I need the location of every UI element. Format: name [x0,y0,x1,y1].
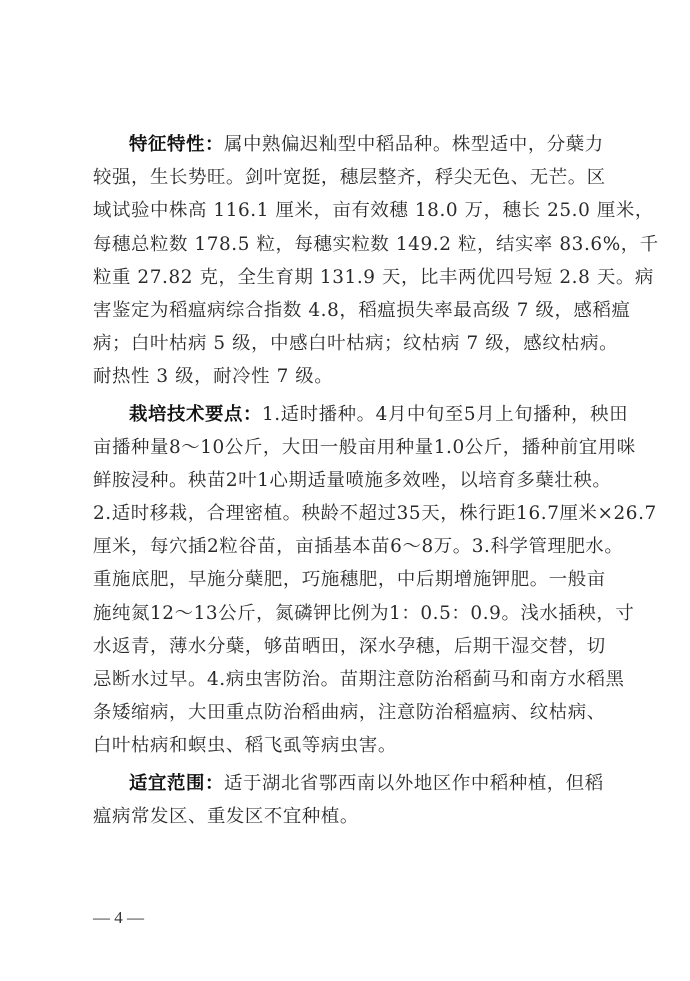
paragraph-line: 病；白叶枯病 5 级，中感白叶枯病；纹枯病 7 级，感纹枯病。 [93,327,601,360]
paragraph-line: 重施底肥，早施分蘖肥，巧施穗肥，中后期增施钾肥。一般亩 [93,563,601,596]
paragraph-line: 特征特性：属中熟偏迟籼型中稻品种。株型适中，分蘖力 [93,128,601,161]
paragraph-line: 条矮缩病，大田重点防治稻曲病，注意防治稻瘟病、纹枯病、 [93,696,601,729]
paragraph-line: 瘟病常发区、重发区不宜种植。 [93,800,601,833]
document-body: 特征特性：属中熟偏迟籼型中稻品种。株型适中，分蘖力 较强，生长势旺。剑叶宽挺，穗… [93,128,601,833]
paragraph-line: 厘米，每穴插2粒谷苗，亩插基本苗6～8万。3.科学管理肥水。 [93,530,601,563]
paragraph-line: 忌断水过早。4.病虫害防治。苗期注意防治稻蓟马和南方水稻黑 [93,663,601,696]
paragraph-line: 鲜胺浸种。秧苗2叶1心期适量喷施多效唑，以培育多蘖壮秧。 [93,464,601,497]
paragraph-line: 域试验中株高 116.1 厘米，亩有效穗 18.0 万，穗长 25.0 厘米， [93,194,601,227]
section-suitable-area: 适宜范围：适于湖北省鄂西南以外地区作中稻种植，但稻 瘟病常发区、重发区不宜种植。 [93,767,601,833]
paragraph-line: 粒重 27.82 克，全生育期 131.9 天，比丰两优四号短 2.8 天。病 [93,261,601,294]
section-heading: 栽培技术要点： [129,404,262,425]
section-heading: 适宜范围： [129,773,224,794]
paragraph-line: 每穗总粒数 178.5 粒，每穗实粒数 149.2 粒，结实率 83.6%，千 [93,228,601,261]
paragraph-line: 2.适时移栽，合理密植。秧龄不超过35天，株行距16.7厘米×26.7 [93,497,601,530]
paragraph-line: 白叶枯病和螟虫、稻飞虱等病虫害。 [93,729,601,762]
paragraph-line: 耐热性 3 级，耐冷性 7 级。 [93,360,601,393]
paragraph-line: 栽培技术要点：1.适时播种。4月中旬至5月上旬播种，秧田 [93,398,601,431]
paragraph-line: 较强，生长势旺。剑叶宽挺，穗层整齐，稃尖无色、无芒。区 [93,161,601,194]
document-page: 特征特性：属中熟偏迟籼型中稻品种。株型适中，分蘖力 较强，生长势旺。剑叶宽挺，穗… [0,0,690,981]
paragraph-line: 害鉴定为稻瘟病综合指数 4.8，稻瘟损失率最高级 7 级，感稻瘟 [93,294,601,327]
section-characteristics: 特征特性：属中熟偏迟籼型中稻品种。株型适中，分蘖力 较强，生长势旺。剑叶宽挺，穗… [93,128,601,394]
paragraph-line: 适宜范围：适于湖北省鄂西南以外地区作中稻种植，但稻 [93,767,601,800]
section-heading: 特征特性： [129,134,224,155]
section-cultivation: 栽培技术要点：1.适时播种。4月中旬至5月上旬播种，秧田 亩播种量8～10公斤，… [93,398,601,763]
page-number: — 4 — [93,908,144,928]
paragraph-line: 亩播种量8～10公斤，大田一般亩用种量1.0公斤，播种前宜用咪 [93,431,601,464]
paragraph-line: 施纯氮12～13公斤，氮磷钾比例为1：0.5：0.9。浅水插秧，寸 [93,597,601,630]
paragraph-line: 水返青，薄水分蘖，够苗晒田，深水孕穗，后期干湿交替，切 [93,630,601,663]
